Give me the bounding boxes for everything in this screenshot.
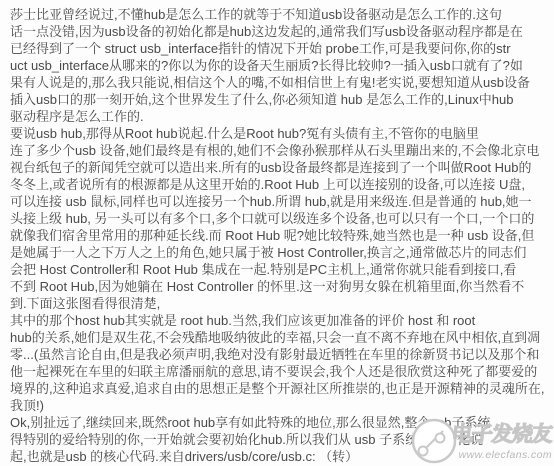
text-line: 视台纸包子的新闻凭空就可以造出来.所有的usb设备最终都是连接到了一个叫做Roo…: [10, 159, 548, 176]
article-text: 莎士比亚曾经说过,不懂hub是怎么工作的就等于不知道usb设备驱动是怎么工作的.…: [0, 0, 554, 465]
text-line: 不到 Root Hub,因为她躺在 Host Controller 的怀里.这一…: [10, 278, 548, 295]
watermark-url-text: www.elecfans.com: [452, 449, 552, 461]
text-line: 零...(虽然言论自由,但是我必须声明,我绝对没有影射最近牺牲在车里的徐新贤书记…: [10, 346, 548, 363]
watermark-brand-text: 电子发烧友: [450, 418, 553, 448]
page: { "page": { "background": "#fdfdfd", "te…: [0, 0, 554, 466]
text-line: hub的关系,她们是双生花,不会残酷地吸纳彼此的幸福,只会一直不离不弃地在风中相…: [10, 329, 548, 346]
text-line: 境界的,这种追求真爱,追求自由的思想正是整个开源社区所推崇的,也正是开源精神的灵…: [10, 380, 548, 397]
text-line: 冬冬上,或者说所有的根源都是从这里开始的.Root Hub 上可以连接别的设备,…: [10, 176, 548, 193]
text-line: 已经得到了一个 struct usb_interface指针的情况下开始 pro…: [10, 40, 548, 57]
text-line: 插入usb口的那一刻开始,这个世界发生了什么,你必须知道 hub 是怎么工作的,…: [10, 91, 548, 108]
watermark-text-block: 电子发烧友 www.elecfans.com: [452, 418, 552, 461]
text-line: 可以连接 usb 鼠标,同样也可以连接另一个hub.所谓 hub,就是用来级连.…: [10, 193, 548, 210]
text-line: 其中的那个host hub其实就是 root hub.当然,我们应该更加准备的评…: [10, 312, 548, 329]
text-line: uct usb_interface从哪来的?你以为你的设备天生丽质?长得比较帅?…: [10, 57, 548, 74]
text-line: 他一起裸死在车里的妇联主席潘丽航的意思,请不要误会,我个人还是很欣赏这种死了都要…: [10, 363, 548, 380]
text-line: 果有人说是的,那么我只能说,相信这个人的嘴,不如相信世上有鬼!老实说,要想知道从…: [10, 74, 548, 91]
text-line: 话一点没错,因为usb设备的初始化都是hub这边发起的,通常我们写usb设备驱动…: [10, 23, 548, 40]
text-line: 要说usb hub,那得从Root hub说起.什么是Root hub?冤有头债…: [10, 125, 548, 142]
text-line: 驱动程序是怎么工作的.: [10, 108, 548, 125]
text-line: 是她属于一人之下万人之上的角色,她只属于被 Host Controller,换言…: [10, 244, 548, 261]
text-line: 我顶!): [10, 397, 548, 414]
text-line: 会把 Host Controller和 Root Hub 集成在一起.特别是PC…: [10, 261, 548, 278]
text-line: 就像我们宿舍里常用的那种延长线.而 Root Hub 呢?她比较特殊,她当然也是…: [10, 227, 548, 244]
text-line: 莎士比亚曾经说过,不懂hub是怎么工作的就等于不知道usb设备驱动是怎么工作的.…: [10, 6, 548, 23]
text-line: 连了多少个usb 设备,她们最终是有根的,她们不会像孙猴那样从石头里蹦出来的,不…: [10, 142, 548, 159]
text-line: 头接上级 hub, 另一头可以有多个口,多个口就可以级连多个设备,也可以只有一个…: [10, 210, 548, 227]
elecfans-watermark: 电子发烧友 www.elecfans.com: [410, 416, 552, 464]
text-line: 到.下面这张图看得很清楚,: [10, 295, 548, 312]
